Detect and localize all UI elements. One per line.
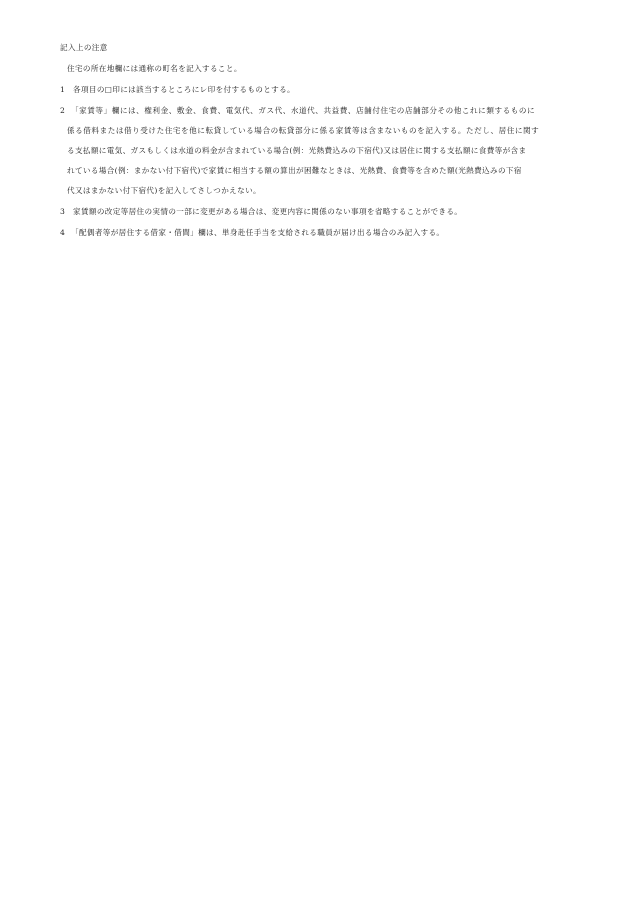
- item-number-4: 4: [60, 228, 65, 238]
- item-2-line-4: れている場合(例：まかない付下宿代)で家賃に相当する額の算出が困難なときは、光熱…: [67, 166, 522, 176]
- intro-note: 住宅の所在地欄には通称の町名を記入すること。: [67, 64, 242, 74]
- item-number-3: 3: [60, 207, 65, 217]
- item-2-line-1: 「家賃等」欄には、権利金、敷金、食費、電気代、ガス代、水道代、共益費、店舗付住宅…: [71, 106, 535, 116]
- item-3-line-1: 家賃額の改定等居住の実情の一部に変更がある場合は、変更内容に関係のない事項を省略…: [73, 207, 462, 217]
- item-number-1: 1: [60, 85, 65, 95]
- item-number-2: 2: [60, 106, 65, 116]
- item-2-line-3: る支払額に電気、ガスもしくは水道の料金が含まれている場合(例：光熱費込みの下宿代…: [67, 146, 526, 156]
- item-1-line-1: 各項目の□印には該当するところにレ印を付するものとする。: [73, 85, 295, 95]
- item-4-line-1: 「配偶者等が居住する借家・借間」欄は、単身赴任手当を支給される職員が届け出る場合…: [71, 228, 444, 238]
- item-2-line-5: 代又はまかない付下宿代)を記入してさしつかえない。: [67, 186, 261, 196]
- item-2-line-2: 係る借料または借り受けた住宅を他に転貸している場合の転貸部分に係る家賃等は含まな…: [67, 126, 539, 136]
- document-page: 記入上の注意 住宅の所在地欄には通称の町名を記入すること。 1 各項目の□印には…: [0, 0, 630, 903]
- notes-heading: 記入上の注意: [60, 43, 108, 53]
